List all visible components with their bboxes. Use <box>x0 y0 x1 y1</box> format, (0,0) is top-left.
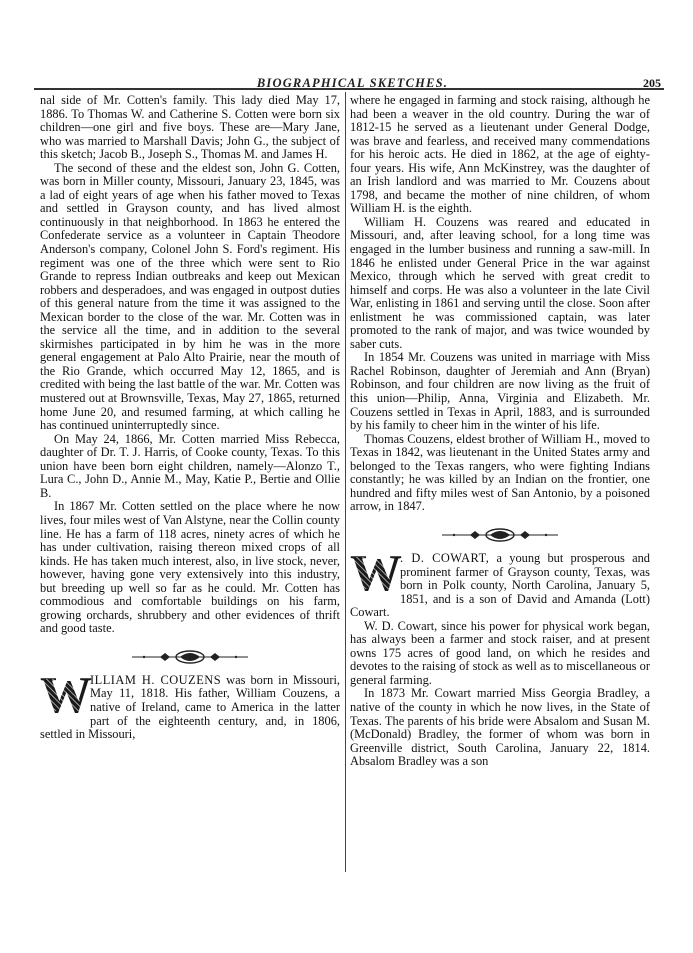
section-ornament-icon <box>40 650 340 664</box>
right-column: where he engaged in farming and stock ra… <box>350 94 650 769</box>
dropcap-letter: W <box>350 553 394 595</box>
column-divider <box>345 92 346 872</box>
paragraph: nal side of Mr. Cotten's family. This la… <box>40 94 340 162</box>
section-ornament-icon <box>350 528 650 542</box>
dropcap-letter: W <box>40 675 84 717</box>
paragraph: Thomas Couzens, eldest brother of Willia… <box>350 433 650 514</box>
sketch-lead: ILLIAM H. COUZENS <box>90 673 221 687</box>
paragraph: W. D. Cowart, since his power for physic… <box>350 620 650 688</box>
paragraph: William H. Couzens was reared and educat… <box>350 216 650 351</box>
sketch-couzens-intro: WILLIAM H. COUZENS was born in Missouri,… <box>40 674 340 742</box>
header-rule <box>34 88 664 90</box>
paragraph: The second of these and the eldest son, … <box>40 162 340 433</box>
left-column: nal side of Mr. Cotten's family. This la… <box>40 94 340 742</box>
paragraph: where he engaged in farming and stock ra… <box>350 94 650 216</box>
paragraph: On May 24, 1866, Mr. Cotten married Miss… <box>40 433 340 501</box>
sketch-lead: . D. COWART, <box>400 551 489 565</box>
paragraph: In 1867 Mr. Cotten settled on the place … <box>40 500 340 635</box>
sketch-cowart-intro: W. D. COWART, a young but prosperous and… <box>350 552 650 620</box>
paragraph: In 1854 Mr. Couzens was united in marria… <box>350 351 650 432</box>
paragraph: In 1873 Mr. Cowart married Miss Georgia … <box>350 687 650 768</box>
